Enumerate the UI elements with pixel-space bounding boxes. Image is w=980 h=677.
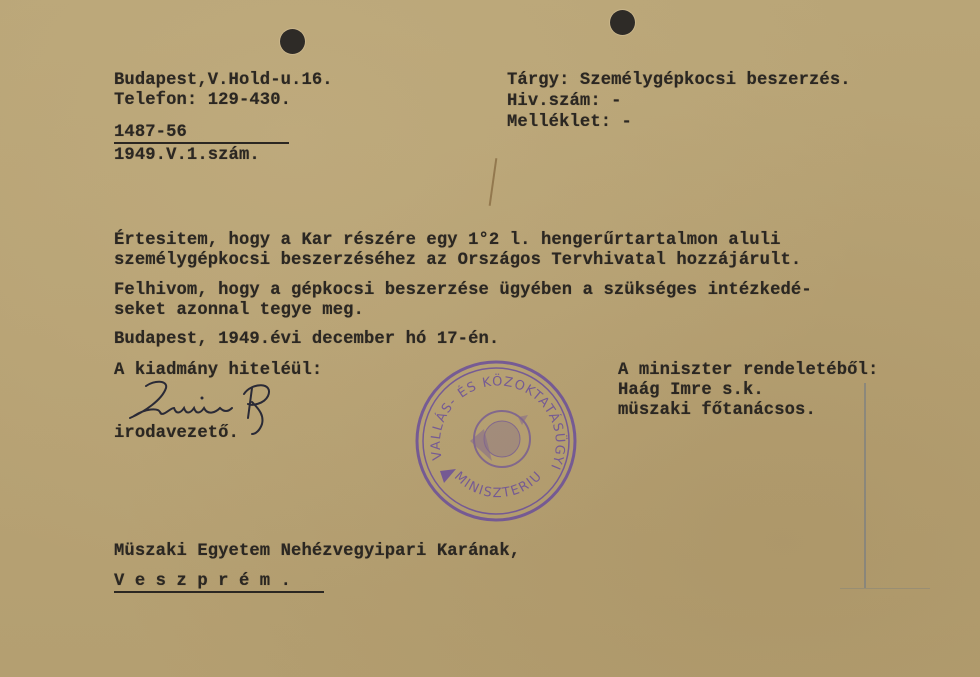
melleklet-line: Melléklet: - [507,113,632,133]
authentication-title: irodavezető. [114,424,239,444]
recipient-city: V e s z p r é m . [114,572,291,592]
pencil-bottom-line [840,588,930,589]
reference-number: 1487-56 [114,123,187,143]
recipient-name: Müszaki Egyetem Nehézvegyipari Karának, [114,542,520,562]
signatory-name: Haág Imre s.k. [618,381,764,401]
coat-of-arms-icon [470,411,530,467]
ministry-stamp: VALLÁS- ÉS KÖZOKTATÁSÜGYI MINISZTERIUM [414,359,578,523]
sender-phone: Telefon: 129-430. [114,91,291,111]
pencil-margin-line [864,383,866,588]
pen-mark [489,158,498,206]
body-paragraph-1-line-2: személygépkocsi beszerzéséhez az Országo… [114,251,801,271]
body-paragraph-2-line-1: Felhivom, hogy a gépkocsi beszerzése ügy… [114,281,812,301]
date-line: Budapest, 1949.évi december hó 17-én. [114,330,499,350]
document-page: Budapest,V.Hold-u.16. Telefon: 129-430. … [0,0,980,677]
signatory-title: müszaki főtanácsos. [618,401,816,421]
reference-divider [114,142,289,144]
hiv-szam-line: Hiv.szám: - [507,92,622,112]
reference-year: 1949.V.1.szám. [114,146,260,166]
body-paragraph-2-line-2: seket azonnal tegye meg. [114,301,364,321]
subject-line: Tárgy: Személygépkocsi beszerzés. [507,71,851,91]
recipient-city-underline [114,591,324,593]
signatory-label: A miniszter rendeletéből: [618,361,878,381]
punch-hole-left [280,29,305,54]
punch-hole-right [610,10,635,35]
body-paragraph-1-line-1: Értesitem, hogy a Kar részére egy 1°2 l.… [114,231,781,251]
sender-address: Budapest,V.Hold-u.16. [114,71,333,91]
